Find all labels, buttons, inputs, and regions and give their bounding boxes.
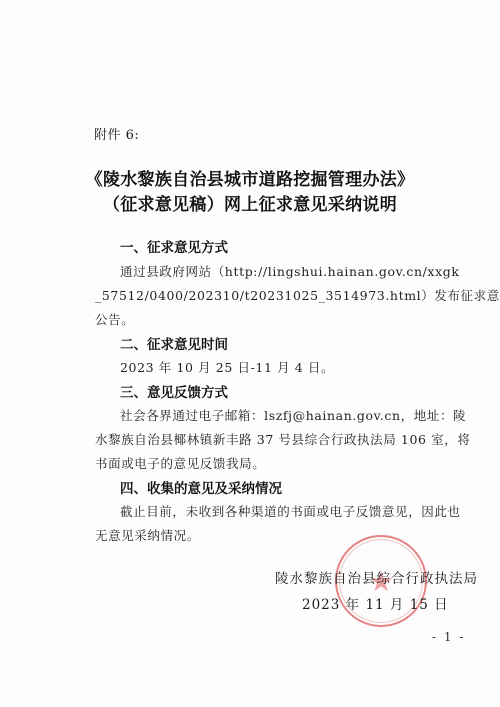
section-heading-3: 三、意见反馈方式 [120,381,228,401]
document-title-line2: （征求意见稿）网上征求意见采纳说明 [0,190,500,215]
section-heading-1: 一、征求意见方式 [120,236,228,256]
section-2-line-1: 2023 年 10 月 25 日-11 月 4 日。 [120,358,334,376]
section-3-line-1: 社会各界通过电子邮箱：lszfj@hainan.gov.cn，地址：陵 [120,406,466,424]
section-3-line-3: 书面或电子的意见反馈我局。 [95,454,265,472]
section-1-line-2: _57512/0400/202310/t20231025_3514973.htm… [95,286,500,304]
document-title-line1: 《陵水黎族自治县城市道路挖掘管理办法》 [0,165,500,190]
signing-organization: 陵水黎族自治县综合行政执法局 [275,567,478,587]
section-4-line-1: 截止目前，未收到各种渠道的书面或电子反馈意见，因此也 [120,502,461,520]
section-heading-4: 四、收集的意见及采纳情况 [120,477,282,497]
section-1-line-3: 公告。 [95,310,134,328]
section-4-line-2: 无意见采纳情况。 [95,526,200,544]
annex-label: 附件 6: [94,124,139,143]
section-1-line-1: 通过县政府网站（http://lingshui.hainan.gov.cn/xx… [120,262,460,280]
section-3-line-2: 水黎族自治县椰林镇新丰路 37 号县综合行政执法局 106 室，将 [95,430,470,448]
document-page: 附件 6: 《陵水黎族自治县城市道路挖掘管理办法》 （征求意见稿）网上征求意见采… [0,0,500,707]
signing-date: 2023 年 11 月 15 日 [302,593,449,613]
section-heading-2: 二、征求意见时间 [120,333,228,353]
page-number: - 1 - [432,630,465,644]
